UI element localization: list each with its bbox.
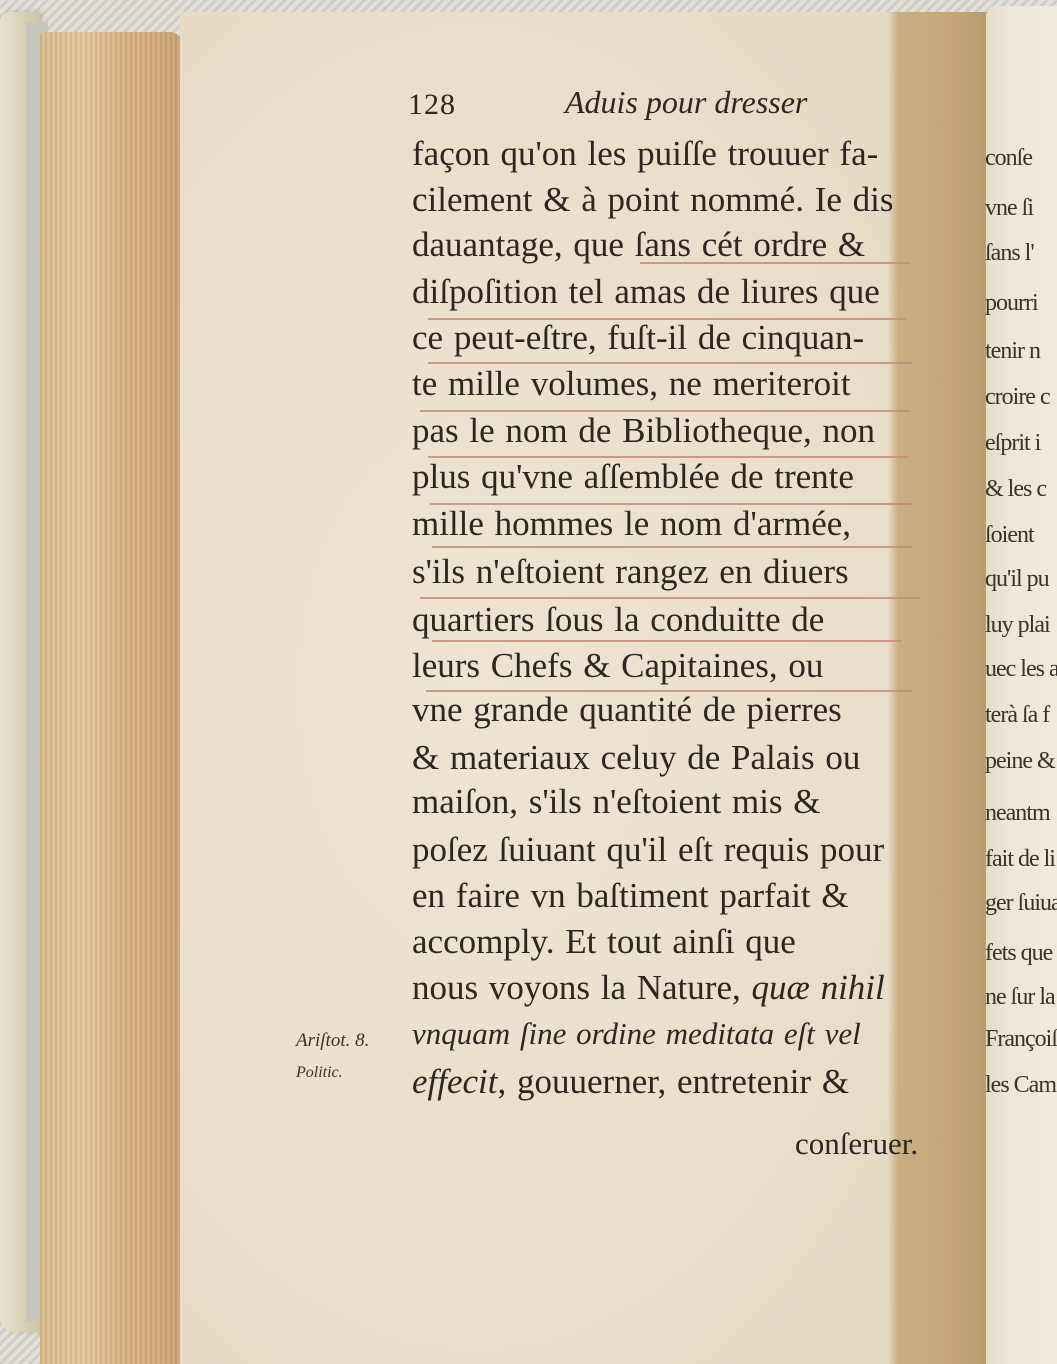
- facing-text-fragment: uec les a: [985, 656, 1057, 683]
- facing-text-fragment: fait de li: [985, 846, 1055, 873]
- facing-text-fragment: ſoient: [985, 522, 1034, 549]
- text-line: nous voyons la Nature, quæ nihil: [412, 968, 885, 1008]
- red-underline: [432, 640, 902, 642]
- page-number: 128: [408, 88, 456, 122]
- facing-text-fragment: qu'il pu: [985, 566, 1049, 593]
- facing-text-fragment: vne ſi: [985, 195, 1033, 222]
- text-line: diſpoſition tel amas de liures que: [412, 272, 880, 312]
- text-line: effecit, gouuerner, entretenir &: [412, 1062, 849, 1102]
- text-line: pas le nom de Bibliotheque, non: [412, 411, 875, 451]
- text-line: leurs Chefs & Capitaines, ou: [412, 646, 823, 686]
- facing-text-fragment: ger ſuiua: [985, 890, 1057, 917]
- text-line: poſez ſuiuant qu'il eſt requis pour: [412, 830, 884, 870]
- latin-quote: quæ nihil: [751, 968, 884, 1007]
- facing-text-fragment: ſans l': [985, 240, 1034, 267]
- facing-text-fragment: ne ſur la: [985, 984, 1055, 1011]
- text-line: dauantage, que ſans cét ordre &: [412, 225, 865, 265]
- text-line: vne grande quantité de pierres: [412, 690, 842, 730]
- catchword: conſeruer.: [795, 1126, 918, 1162]
- facing-text-fragment: les Cam: [985, 1072, 1056, 1099]
- text-line: mille hommes le nom d'armée,: [412, 504, 851, 544]
- facing-text-fragment: tenir n: [985, 338, 1040, 365]
- latin-quote: effecit: [412, 1062, 498, 1101]
- facing-text-fragment: conſe: [985, 145, 1032, 172]
- red-underline: [420, 597, 920, 599]
- facing-text-fragment: fets que: [985, 940, 1052, 967]
- red-underline: [432, 546, 912, 548]
- facing-text-fragment: pourri: [985, 290, 1038, 317]
- text-line: façon qu'on les puiſſe trouuer fa-: [412, 134, 878, 174]
- page-fore-edge: [40, 32, 182, 1364]
- facing-text-fragment: Françoiſ: [985, 1026, 1057, 1053]
- text-line: plus qu'vne aſſemblée de trente: [412, 457, 854, 497]
- marginal-note: Ariſtot. 8.: [296, 1030, 369, 1052]
- marginal-note: Politic.: [296, 1064, 343, 1082]
- text-line: en faire vn baſtiment parfait &: [412, 876, 849, 916]
- facing-text-fragment: eſprit i: [985, 430, 1040, 457]
- facing-text-fragment: peine &: [985, 748, 1055, 775]
- facing-text-fragment: terà ſa f: [985, 702, 1049, 729]
- text-line-roman: nous voyons la Nature,: [412, 968, 741, 1007]
- text-line: accomply. Et tout ainſi que: [412, 922, 796, 962]
- text-line: ce peut-eſtre, fuſt-il de cinquan-: [412, 318, 864, 358]
- text-line: & materiaux celuy de Palais ou: [412, 738, 860, 778]
- facing-text-fragment: neantm: [985, 800, 1050, 827]
- text-line: s'ils n'eſtoient rangez en diuers: [412, 552, 849, 592]
- facing-text-fragment: croire c: [985, 384, 1050, 411]
- text-line: te mille volumes, ne meriteroit: [412, 364, 851, 404]
- text-line: cilement & à point nommé. Ie dis: [412, 180, 893, 220]
- facing-text-fragment: luy plai: [985, 612, 1050, 639]
- text-line-roman: , gouuerner, entretenir &: [498, 1062, 850, 1101]
- facing-text-fragment: & les c: [985, 476, 1046, 503]
- latin-quote-line: vnquam ſine ordine meditata eſt vel: [412, 1016, 861, 1052]
- text-line: quartiers ſous la conduitte de: [412, 600, 824, 640]
- running-head: Aduis pour dresser: [565, 84, 807, 121]
- text-line: maiſon, s'ils n'eſtoient mis &: [412, 782, 821, 822]
